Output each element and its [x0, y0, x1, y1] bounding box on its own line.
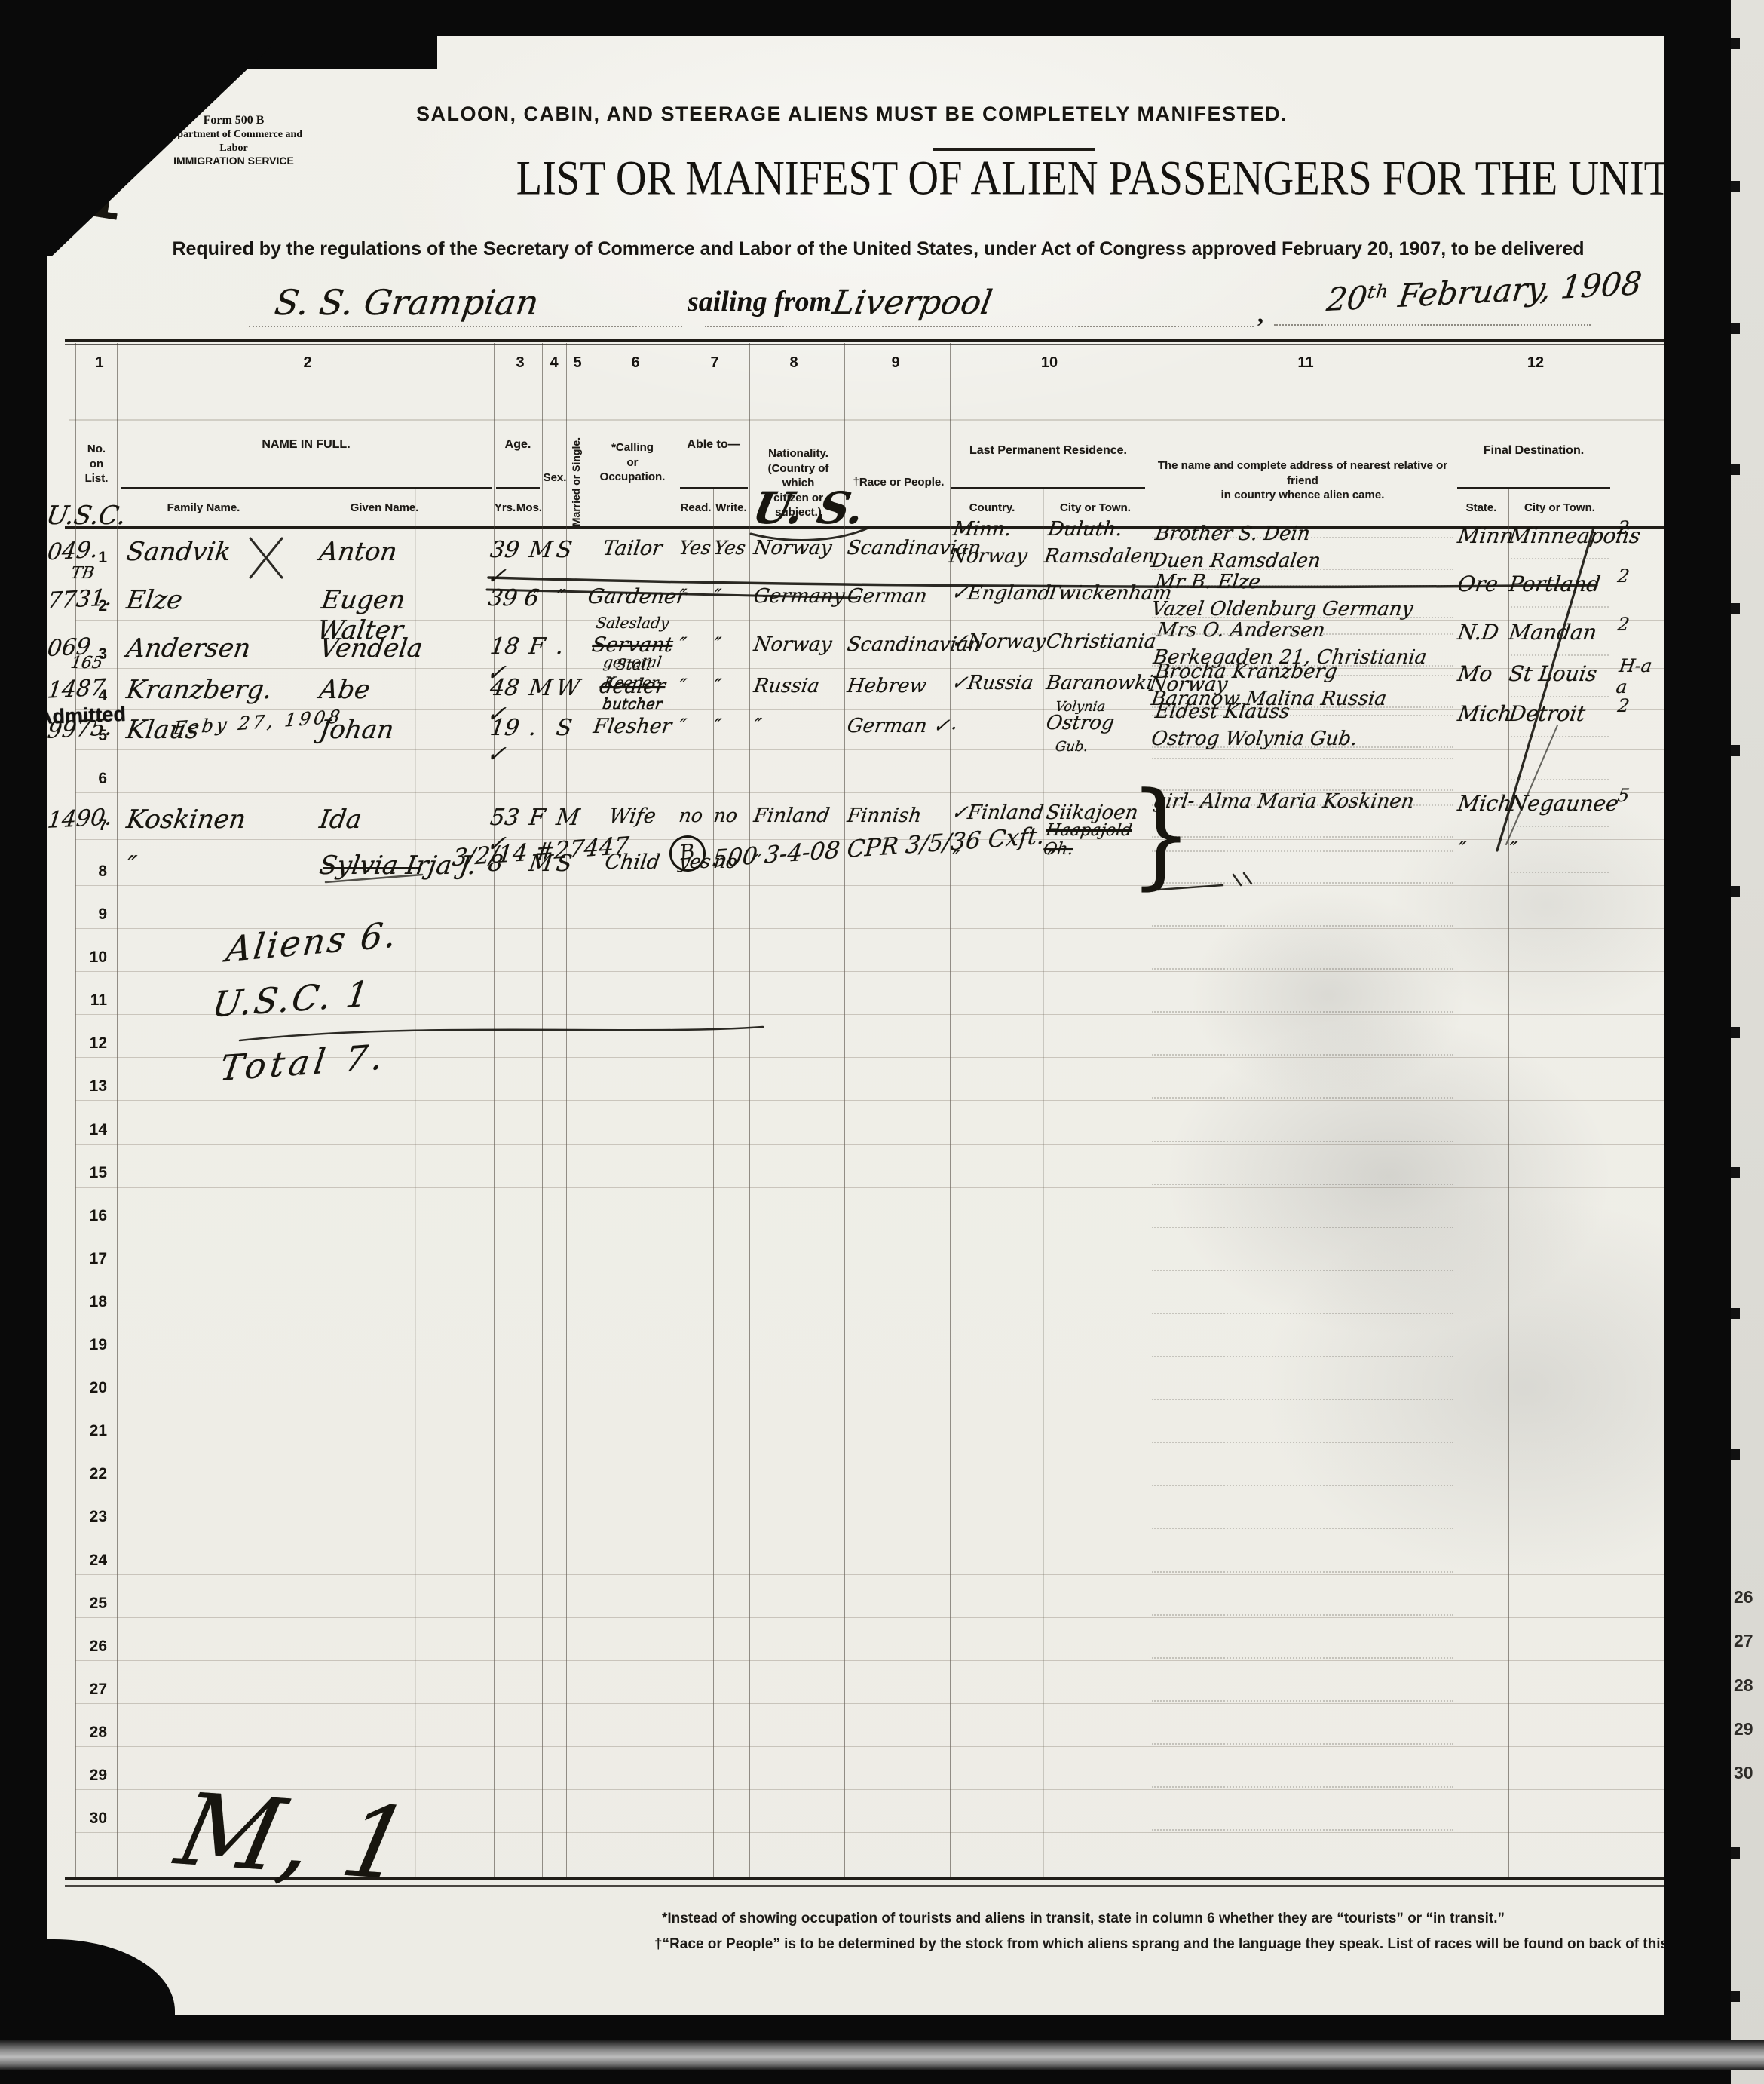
row-4-ms: W: [555, 675, 587, 701]
column-number-8: 8: [785, 354, 803, 372]
row-rule-27: [75, 1703, 1664, 1704]
row-1-nationality-overwrite: U. S.: [749, 483, 869, 534]
bottom-gray-stripe: [0, 2040, 1764, 2070]
row-2-write: ″: [712, 585, 750, 607]
printed-row-number-13: 13: [72, 1077, 107, 1096]
row-rule-15: [75, 1187, 1664, 1188]
row-8-ms: S: [555, 850, 587, 877]
column-subheader-12-0: State.: [1457, 501, 1505, 516]
edge-tick-5: [1731, 745, 1740, 756]
row-rule-24: [75, 1574, 1664, 1575]
row-2-ms: ″: [555, 585, 587, 611]
row-8-nat: ″: [752, 850, 844, 873]
row-3-given: Vendela: [317, 633, 495, 664]
row-5-calling-above: butcher: [586, 695, 678, 713]
printed-row-number-19: 19: [72, 1336, 107, 1354]
relative-leader-15: [1152, 1184, 1453, 1185]
row-7-relative: girl- Alma Maria Koskinen: [1151, 788, 1456, 815]
row-4-sex: M: [528, 675, 559, 701]
row-rule-22: [75, 1488, 1664, 1488]
row-4-read: ″: [678, 675, 714, 697]
table-top-rule-2: [65, 344, 1664, 345]
column-header-1: No. on List.: [75, 442, 118, 486]
row-1-edge: 2: [1616, 517, 1664, 538]
relative-leader-27: [1152, 1700, 1453, 1702]
relative-leader-21: [1152, 1442, 1453, 1443]
column-subheader-10-1: City or Town.: [1048, 501, 1143, 516]
destination-leader-6: [1511, 779, 1609, 780]
printed-row-number-22: 22: [72, 1465, 107, 1483]
footnote-occupation: *Instead of showing occupation of touris…: [662, 1911, 1505, 1927]
edge-tick-9: [1731, 1308, 1740, 1319]
column-header-11: The name and complete address of nearest…: [1150, 458, 1456, 503]
column-group-header-2: NAME IN FULL.: [121, 437, 492, 453]
row-7-country: ✓Finland: [950, 801, 1045, 824]
column-number-10: 10: [1040, 354, 1058, 372]
relative-leader-14: [1152, 1141, 1453, 1142]
relative-leader-9: [1152, 925, 1453, 927]
row-4-edge: H-a a: [1615, 655, 1666, 697]
row-2-sex: ″: [528, 585, 559, 611]
row-7-given: Ida: [317, 804, 495, 835]
row-7-dcity: Negaunee: [1508, 791, 1614, 816]
row-1-nat: Norway: [752, 537, 844, 559]
printed-row-number-26: 26: [72, 1638, 107, 1656]
row-7-sex: F: [528, 804, 559, 831]
row-2-city: Twickenham: [1045, 582, 1147, 605]
row-5-nat: ″: [752, 715, 844, 737]
column-subheader-7-0: Read.: [678, 501, 714, 516]
row-1-state: Minn: [1456, 523, 1510, 548]
relative-leader-25: [1152, 1614, 1453, 1616]
row-3-state: N.D: [1456, 620, 1510, 645]
edge-tick-11: [1731, 1847, 1740, 1859]
row-5-dcity: Detroit: [1508, 701, 1614, 726]
row-7-read: no: [678, 804, 714, 826]
bottom-ink-mark: M, 1: [167, 1772, 420, 1902]
row-4-nat: Russia: [752, 675, 844, 697]
age-group-rule: [496, 487, 540, 489]
relative-leader-upper-6: [1152, 758, 1453, 759]
row-1-sex: M: [528, 537, 559, 563]
row-1-calling: Tailor: [586, 537, 678, 560]
ableto-group-rule: [680, 487, 748, 489]
row-4-calling-above: Stall Keeper: [586, 655, 680, 691]
row-5-given: Johan: [317, 715, 495, 745]
relative-leader-18: [1152, 1313, 1453, 1314]
edge-tick-2: [1731, 323, 1740, 334]
row-8-country: ″: [950, 847, 1045, 870]
row-3-nat: Norway: [752, 633, 844, 656]
row-3-race: Scandinavian: [846, 633, 951, 656]
row-1-family: Sandvik: [124, 537, 317, 567]
column-group-header-10: Last Permanent Residence.: [950, 443, 1147, 459]
row-rule-20: [75, 1402, 1664, 1402]
row-3-sex: F: [528, 633, 559, 660]
printed-row-number-6: 6: [72, 770, 107, 788]
row-2-calling: Gardener: [586, 585, 678, 608]
row-rule-26: [75, 1660, 1664, 1661]
relative-leader-10: [1152, 968, 1453, 970]
column-number-1: 1: [90, 354, 109, 372]
left-scan-band: [0, 0, 47, 2084]
row-8-calling: Child: [586, 850, 678, 874]
column-number-4: 4: [545, 354, 563, 372]
printed-row-number-25: 25: [72, 1595, 107, 1613]
printed-row-number-28: 28: [72, 1724, 107, 1742]
printed-row-number-12: 12: [72, 1034, 107, 1053]
row-5-race: German ✓: [846, 715, 951, 737]
row-rule-21: [75, 1445, 1664, 1445]
required-line: Required by the regulations of the Secre…: [151, 238, 1606, 260]
relative-leader-8: [1152, 882, 1453, 884]
row-7-ms: M: [555, 804, 587, 831]
row-8-family: ″: [124, 850, 317, 881]
edge-tick-6: [1731, 886, 1740, 897]
row-8-dcity: ″: [1508, 837, 1614, 862]
column-number-3: 3: [511, 354, 529, 372]
column-subheader-3-1: Mos.: [516, 501, 543, 516]
row-4-race: Hebrew: [846, 675, 951, 697]
column-line-4: [542, 343, 543, 1877]
row-8-read: yes: [678, 850, 714, 872]
relative-leader-17: [1152, 1270, 1453, 1271]
residence-group-rule: [951, 487, 1145, 489]
column-number-7: 7: [706, 354, 724, 372]
row-3-edge: 2: [1616, 614, 1664, 635]
row-rule-19: [75, 1359, 1664, 1359]
row-2-read: ″: [678, 585, 714, 607]
row-2-race: German: [846, 585, 951, 608]
row-7-nat: Finland: [752, 804, 844, 827]
destination-group-rule: [1457, 487, 1610, 489]
row-rule-23: [75, 1531, 1664, 1531]
printed-row-number-20: 20: [72, 1379, 107, 1397]
row-rule-17: [75, 1273, 1664, 1273]
page-title: LIST OR MANIFEST OF ALIEN PASSENGERS FOR…: [516, 150, 1573, 207]
adjacent-page-number-26: 26: [1734, 1587, 1753, 1607]
adjacent-page-number-30: 30: [1734, 1763, 1753, 1783]
column-header-6: *Calling or Occupation.: [588, 440, 677, 485]
edge-tick-8: [1731, 1167, 1740, 1178]
printed-row-number-16: 16: [72, 1207, 107, 1225]
row-2-edge: 2: [1616, 565, 1664, 587]
column-line-10: [844, 343, 845, 1877]
adjacent-page-number-29: 29: [1734, 1719, 1753, 1739]
row-7-write: no: [712, 804, 750, 826]
row-5-ms: S: [555, 715, 587, 741]
column-subheader-2-1: Given Name.: [332, 501, 437, 516]
row-5-state: Mich: [1456, 701, 1510, 726]
row-7-calling: Wife: [586, 804, 678, 828]
column-line-15: [1508, 489, 1509, 1877]
destination-leader-1: [1511, 558, 1609, 559]
row-rule-10: [75, 971, 1664, 972]
row-rule-14: [75, 1144, 1664, 1145]
relative-leader-23: [1152, 1528, 1453, 1529]
table-top-rule-1: [65, 339, 1664, 342]
destination-leader-7: [1511, 826, 1609, 827]
row-5-sex: .: [528, 715, 559, 741]
row-4-dcity: St Louis: [1508, 661, 1614, 686]
row-5-edge: 2: [1616, 695, 1664, 716]
relative-leader-19: [1152, 1356, 1453, 1357]
row-8-sex: M: [528, 850, 559, 877]
relative-leader-16: [1152, 1227, 1453, 1228]
column-group-header-3: Age.: [494, 437, 542, 453]
row-5-read: ″: [678, 715, 714, 737]
printed-row-number-15: 15: [72, 1164, 107, 1182]
row-4-given: Abe: [317, 675, 495, 705]
relative-leader-11: [1152, 1011, 1453, 1013]
row-7-edge: 5: [1616, 785, 1664, 806]
row-2-margin-note: TB: [69, 564, 96, 583]
edge-tick-0: [1731, 38, 1740, 49]
column-number-12: 12: [1527, 354, 1545, 372]
row-3-calling-above: Saleslady: [586, 614, 678, 632]
footnote-race: †“Race or People” is to be determined by…: [654, 1936, 1713, 1953]
row-7-state: Mich: [1456, 791, 1510, 816]
row-rule-13: [75, 1100, 1664, 1101]
row-3-family: Andersen: [124, 633, 317, 664]
blank-comma: ,: [1257, 300, 1263, 328]
column-line-1: [117, 343, 118, 1877]
port-name: Liverpool: [830, 283, 995, 322]
edge-tick-4: [1731, 603, 1740, 614]
column-header-4: Sex.: [538, 470, 571, 486]
manifest-scan: Form 500 B Department of Commerce and La…: [0, 0, 1764, 2084]
column-line-11: [950, 343, 951, 1877]
column-group-header-12: Final Destination.: [1456, 443, 1612, 459]
column-number-6: 6: [626, 354, 645, 372]
row-3-dcity: Mandan: [1508, 620, 1614, 645]
port-blank-line: [705, 326, 1254, 327]
column-subheader-3-0: Yrs.: [492, 501, 519, 516]
row-3-ms: .: [555, 633, 587, 660]
destination-leader-5: [1511, 736, 1609, 737]
row-2-nat: Germany: [752, 585, 844, 608]
printed-row-number-24: 24: [72, 1552, 107, 1570]
printed-row-number-18: 18: [72, 1293, 107, 1311]
column-line-7: [678, 343, 678, 1877]
header-number-rule: [69, 419, 1664, 421]
form-stamp-line3: IMMIGRATION SERVICE: [155, 155, 313, 168]
row-1-margin-note: U.S.C.: [44, 501, 128, 531]
relative-leader-13: [1152, 1097, 1453, 1099]
row-4-country: ✓Russia: [950, 672, 1045, 694]
column-line-12: [1043, 489, 1044, 1877]
destination-leader-4: [1511, 696, 1609, 697]
edge-tick-3: [1731, 464, 1740, 475]
relative-leader-12: [1152, 1054, 1453, 1056]
row-5-family: Klaus: [124, 715, 317, 745]
column-line-5: [566, 343, 567, 1877]
row-rule-16: [75, 1230, 1664, 1230]
printed-row-number-27: 27: [72, 1681, 107, 1699]
column-subheader-12-1: City or Town.: [1511, 501, 1609, 516]
printed-row-number-30: 30: [72, 1810, 107, 1828]
row-1-country: Minn. Norway: [948, 516, 1047, 570]
printed-row-number-9: 9: [72, 906, 107, 924]
relative-leader-24: [1152, 1571, 1453, 1573]
row-8-state: ″: [1456, 837, 1510, 862]
column-line-13: [1147, 343, 1147, 1877]
row-7-race: Finnish: [846, 804, 951, 827]
row-8-given-strike: [323, 867, 421, 869]
row-2-dcity: Portland: [1508, 572, 1614, 596]
column-number-11: 11: [1297, 354, 1315, 372]
column-subheader-7-1: Write.: [712, 501, 751, 516]
destination-leader-3: [1511, 654, 1609, 656]
sailing-from-label: sailing from: [688, 285, 831, 318]
relative-leader-22: [1152, 1485, 1453, 1486]
row-1-relative: Brother S. Dein Duen Ramsdalen: [1150, 520, 1459, 575]
destination-leader-2: [1511, 606, 1609, 608]
row-1-dcity: Minneapolis: [1508, 523, 1614, 548]
printed-row-number-21: 21: [72, 1422, 107, 1440]
column-subheader-2-0: Family Name.: [151, 501, 256, 516]
row-rule-28: [75, 1746, 1664, 1747]
row-8-city: ″: [1045, 847, 1147, 870]
row-8-given: Sylvia Irja J.: [317, 850, 495, 881]
column-number-9: 9: [887, 354, 905, 372]
edge-tick-7: [1731, 1027, 1740, 1038]
row-4-family: Kranzberg.: [124, 675, 317, 705]
row-rule-18: [75, 1316, 1664, 1316]
row-1-ms: S: [555, 537, 587, 563]
row-5-city: Ostrog: [1045, 712, 1147, 734]
relative-leader-7: [1152, 836, 1453, 838]
column-line-8: [713, 489, 714, 1877]
printed-row-number-11: 11: [72, 991, 107, 1010]
relative-leader-30: [1152, 1829, 1453, 1831]
notice-line: SALOON, CABIN, AND STEERAGE ALIENS MUST …: [317, 103, 1387, 126]
row-1-given: Anton: [317, 537, 495, 567]
row-2-state: Ore: [1456, 572, 1510, 596]
row-5-city-sub: Gub.: [1055, 739, 1147, 755]
row-1-write: Yes: [712, 537, 750, 559]
row-8-write: no: [712, 850, 750, 872]
row-1-city: Duluth. Ramsdalen: [1043, 516, 1150, 570]
printed-row-number-10: 10: [72, 949, 107, 967]
row-4-write: ″: [712, 675, 750, 697]
row-rule-8: [75, 885, 1664, 886]
row-1-race: Scandinavian: [846, 537, 951, 559]
row-2-relative: Mr B. Elze Vazel Oldenburg Germany: [1150, 569, 1459, 623]
row-1-read: Yes: [678, 537, 714, 559]
right-scan-bar: [1664, 0, 1731, 2084]
relative-leader-29: [1152, 1786, 1453, 1788]
ship-name: S. S. Grampian: [272, 282, 541, 323]
row-2-family: Elze: [124, 585, 317, 615]
column-number-5: 5: [568, 354, 586, 372]
destination-leader-8: [1511, 872, 1609, 873]
printed-row-number-17: 17: [72, 1250, 107, 1268]
column-group-header-7: Able to—: [678, 437, 749, 453]
row-2-country: ✓England: [950, 582, 1045, 605]
name-group-rule: [121, 487, 492, 489]
edge-tick-1: [1731, 181, 1740, 192]
relative-leader-26: [1152, 1657, 1453, 1659]
column-header-rotated-5: Married or Single.: [569, 421, 583, 542]
row-5-write: ″: [712, 715, 750, 737]
row-4-city: Baranowki: [1045, 672, 1147, 694]
row-rule-25: [75, 1617, 1664, 1618]
column-number-2: 2: [299, 354, 317, 372]
edge-tick-10: [1731, 1449, 1740, 1460]
printed-row-number-23: 23: [72, 1508, 107, 1526]
column-line-9: [749, 343, 750, 1877]
row-4-state: Mo: [1456, 661, 1510, 686]
relative-leader-20: [1152, 1399, 1453, 1400]
row-3-write: ″: [712, 633, 750, 655]
printed-row-number-8: 8: [72, 863, 107, 881]
printed-row-number-29: 29: [72, 1767, 107, 1785]
column-line-6: [586, 343, 586, 1877]
adjacent-page-number-28: 28: [1734, 1675, 1753, 1696]
adjacent-page-number-27: 27: [1734, 1631, 1753, 1651]
column-subheader-10-0: Country.: [956, 501, 1028, 516]
row-7-family: Koskinen: [124, 804, 317, 835]
relative-leader-28: [1152, 1743, 1453, 1745]
ship-blank-line: [249, 326, 682, 327]
printed-row-number-14: 14: [72, 1121, 107, 1139]
row-3-city: Christiania: [1045, 630, 1147, 653]
row-3-country: ✓Norway: [950, 630, 1045, 653]
row-3-read: ″: [678, 633, 714, 655]
row-5-country: .: [950, 712, 1045, 734]
row-5-calling: Flesher: [586, 715, 678, 738]
edge-tick-12: [1731, 1991, 1740, 2002]
row-4-margin-note: 165: [69, 654, 104, 673]
row-5-relative: Eldest Klauss Ostrog Wolynia Gub.: [1150, 698, 1459, 752]
date-blank-line: [1274, 324, 1591, 326]
relative-leader-upper-8: [1152, 850, 1453, 852]
